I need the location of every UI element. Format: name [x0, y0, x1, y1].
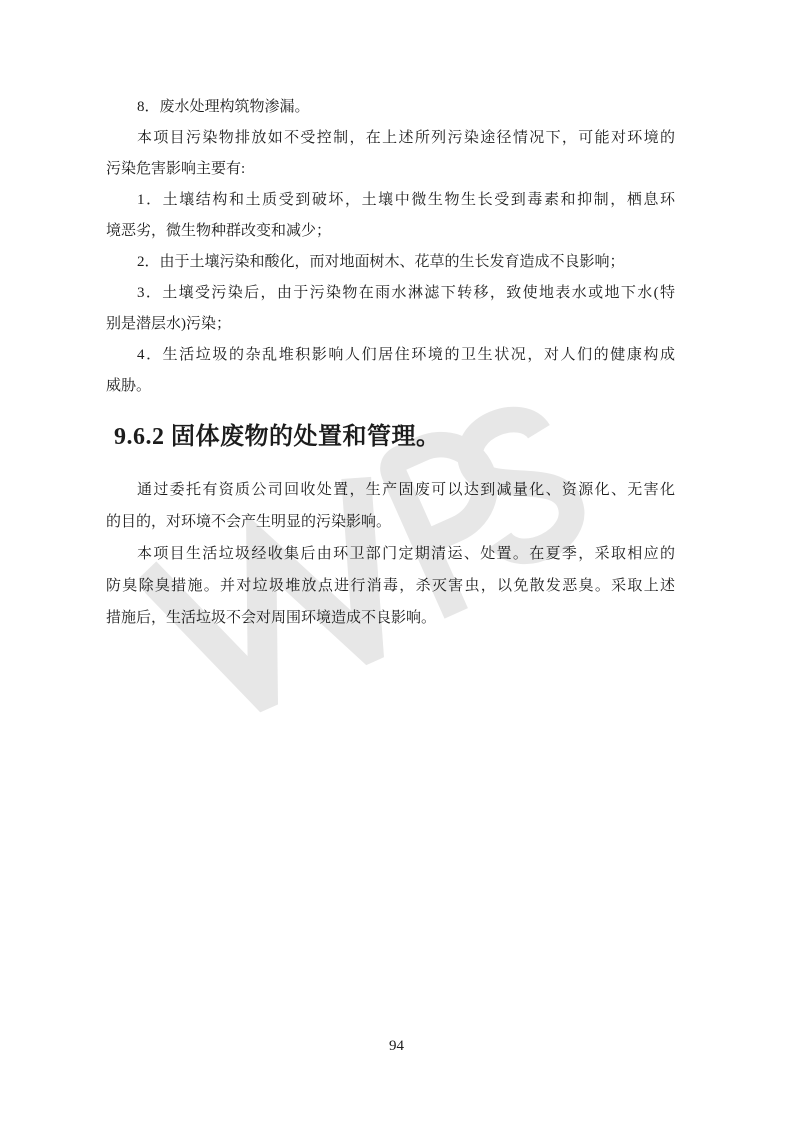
- text-line: 别是潜层水)污染；: [106, 309, 675, 340]
- text-line: 2．由于土壤污染和酸化，而对地面树木、花草的生长发育造成不良影响；: [106, 247, 675, 278]
- document-page: 8．废水处理构筑物渗漏。 本项目污染物排放如不受控制，在上述所列污染途径情况下，…: [0, 0, 793, 1122]
- section-solid-waste-management: 通过委托有资质公司回收处置，生产固废可以达到减量化、资源化、无害化 的目的，对环…: [106, 474, 675, 634]
- text-line: 污染危害影响主要有:: [106, 154, 675, 185]
- text-line: 的目的，对环境不会产生明显的污染影响。: [106, 506, 675, 538]
- text-line: 本项目生活垃圾经收集后由环卫部门定期清运、处置。在夏季，采取相应的: [106, 538, 675, 570]
- section-pollution-impacts: 8．废水处理构筑物渗漏。 本项目污染物排放如不受控制，在上述所列污染途径情况下，…: [106, 92, 675, 402]
- text-line: 1．土壤结构和土质受到破坏，土壤中微生物生长受到毒素和抑制，栖息环: [106, 185, 675, 216]
- section-heading: 9.6.2 固体废物的处置和管理。: [114, 421, 714, 453]
- text-line: 境恶劣，微生物种群改变和减少；: [106, 216, 675, 247]
- text-line: 措施后，生活垃圾不会对周围环境造成不良影响。: [106, 602, 675, 634]
- text-line: 防臭除臭措施。并对垃圾堆放点进行消毒，杀灭害虫，以免散发恶臭。采取上述: [106, 570, 675, 602]
- text-line: 3．土壤受污染后，由于污染物在雨水淋滤下转移，致使地表水或地下水(特: [106, 278, 675, 309]
- text-line: 4．生活垃圾的杂乱堆积影响人们居住环境的卫生状况，对人们的健康构成: [106, 340, 675, 371]
- text-line: 通过委托有资质公司回收处置，生产固废可以达到减量化、资源化、无害化: [106, 474, 675, 506]
- text-line: 8．废水处理构筑物渗漏。: [106, 92, 675, 123]
- text-line: 本项目污染物排放如不受控制，在上述所列污染途径情况下，可能对环境的: [106, 123, 675, 154]
- text-line: 威胁。: [106, 371, 675, 402]
- page-number: 94: [0, 1036, 793, 1056]
